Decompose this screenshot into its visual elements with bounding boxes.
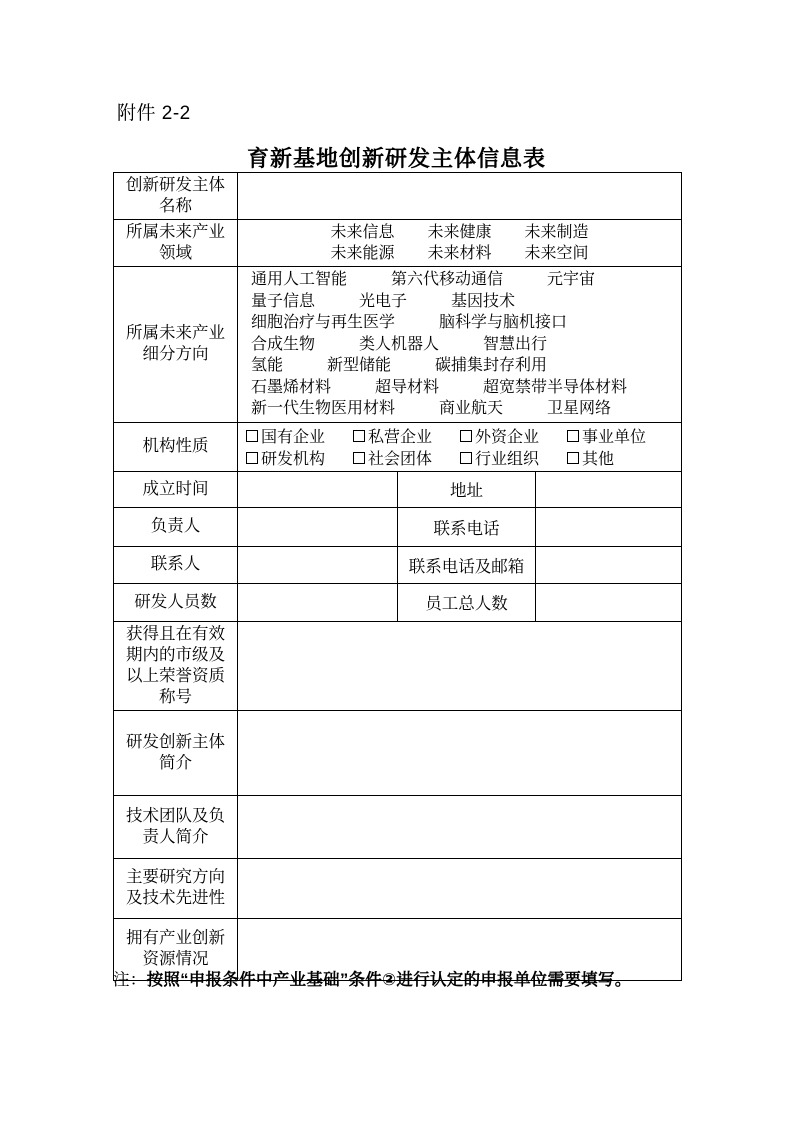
- table-row: 主要研究方向及技术先进性: [114, 858, 682, 918]
- checkbox-label: 行业组织: [475, 446, 539, 469]
- subdivision-line: 氢能 新型储能 碳捕集封存利用: [251, 355, 677, 377]
- subdivision-line: 新一代生物医用材料 商业航天 卫星网络: [251, 398, 677, 420]
- table-row: 研发创新主体简介: [114, 710, 682, 795]
- subdivision-item: 元宇宙: [547, 269, 595, 291]
- table-row: 研发人员数 员工总人数: [114, 583, 682, 621]
- rd-staff-count-input-cell[interactable]: [238, 583, 398, 621]
- subdivision-line: 量子信息 光电子 基因技术: [251, 291, 677, 313]
- subdivision-item: 量子信息: [251, 291, 315, 313]
- subdivision-item: 合成生物: [251, 334, 315, 356]
- subdivision-item: 碳捕集封存利用: [435, 355, 547, 377]
- contact-phone-label: 联系电话: [398, 507, 536, 546]
- checkbox-option[interactable]: 其他: [567, 446, 614, 469]
- team-profile-input-cell[interactable]: [238, 795, 682, 858]
- checkbox-option[interactable]: 事业单位: [567, 424, 646, 447]
- subdivision-item: 智慧出行: [483, 334, 547, 356]
- table-row: 联系人 联系电话及邮箱: [114, 546, 682, 583]
- checkbox-label: 事业单位: [582, 424, 646, 447]
- subdivision-item: 脑科学与脑机接口: [439, 312, 567, 334]
- checkbox-label: 私营企业: [368, 424, 432, 447]
- checkbox-option[interactable]: 国有企业: [246, 424, 325, 447]
- checkbox-option[interactable]: 社会团体: [353, 446, 432, 469]
- table-row: 创新研发主体名称: [114, 173, 682, 220]
- rd-staff-count-label: 研发人员数: [114, 583, 238, 621]
- research-direction-input-cell[interactable]: [238, 858, 682, 918]
- checkbox-icon[interactable]: [460, 452, 472, 464]
- checkbox-icon[interactable]: [246, 452, 258, 464]
- contact-phone-email-label: 联系电话及邮箱: [398, 546, 536, 583]
- industry-field-item: 未来空间: [525, 243, 589, 264]
- subdivision-item: 氢能: [251, 355, 283, 377]
- contact-phone-input-cell[interactable]: [536, 507, 682, 546]
- entity-profile-label: 研发创新主体简介: [114, 710, 238, 795]
- attachment-label: 附件 2-2: [117, 98, 191, 125]
- institution-nature-label: 机构性质: [114, 422, 238, 471]
- table-row: 机构性质 国有企业 私营企业 外资企业 事业单位 研发机构 社会团体 行业组织 …: [114, 422, 682, 471]
- checkbox-label: 研发机构: [261, 446, 325, 469]
- entity-name-input-cell[interactable]: [238, 173, 682, 220]
- contact-person-label: 联系人: [114, 546, 238, 583]
- document-page: 附件 2-2 育新基地创新研发主体信息表 创新研发主体名称 所属未来产业领域 未…: [0, 0, 793, 1122]
- checkbox-icon[interactable]: [353, 430, 365, 442]
- page-title: 育新基地创新研发主体信息表: [0, 142, 793, 173]
- subdivision-item: 类人机器人: [359, 334, 439, 356]
- table-row: 成立时间 地址: [114, 471, 682, 507]
- entity-profile-input-cell[interactable]: [238, 710, 682, 795]
- checkbox-label: 国有企业: [261, 424, 325, 447]
- industry-field-item: 未来信息: [330, 222, 394, 243]
- table-row: 技术团队及负责人简介: [114, 795, 682, 858]
- total-staff-count-input-cell[interactable]: [536, 583, 682, 621]
- industry-subdivision-label: 所属未来产业细分方向: [114, 267, 238, 423]
- checkbox-row: 国有企业 私营企业 外资企业 事业单位: [246, 425, 677, 447]
- subdivision-line: 细胞治疗与再生医学 脑科学与脑机接口: [251, 312, 677, 334]
- principal-label: 负责人: [114, 507, 238, 546]
- honors-input-cell[interactable]: [238, 621, 682, 710]
- subdivision-item: 光电子: [359, 291, 407, 313]
- checkbox-option[interactable]: 外资企业: [460, 424, 539, 447]
- subdivision-item: 石墨烯材料: [251, 377, 331, 399]
- table-row: 所属未来产业领域 未来信息 未来健康 未来制造 未来能源 未来材料 未来空间: [114, 220, 682, 267]
- table-row: 所属未来产业细分方向 通用人工智能 第六代移动通信 元宇宙 量子信息 光电子 基…: [114, 267, 682, 423]
- subdivision-item: 第六代移动通信: [391, 269, 503, 291]
- entity-name-label: 创新研发主体名称: [114, 173, 238, 220]
- subdivision-item: 细胞治疗与再生医学: [251, 312, 395, 334]
- checkbox-icon[interactable]: [246, 430, 258, 442]
- subdivision-item: 新型储能: [327, 355, 391, 377]
- research-direction-label: 主要研究方向及技术先进性: [114, 858, 238, 918]
- established-date-label: 成立时间: [114, 471, 238, 507]
- industry-field-item: 未来材料: [428, 243, 492, 264]
- footnote: 注：按照“申报条件中产业基础”条件②进行认定的申报单位需要填写。: [113, 966, 632, 990]
- contact-person-input-cell[interactable]: [238, 546, 398, 583]
- subdivision-item: 卫星网络: [547, 398, 611, 420]
- address-input-cell[interactable]: [536, 471, 682, 507]
- honors-label: 获得且在有效期内的市级及以上荣誉资质称号: [114, 621, 238, 710]
- subdivision-item: 新一代生物医用材料: [251, 398, 395, 420]
- info-table: 创新研发主体名称 所属未来产业领域 未来信息 未来健康 未来制造 未来能源 未来…: [113, 172, 682, 981]
- subdivision-line: 合成生物 类人机器人 智慧出行: [251, 334, 677, 356]
- subdivision-line: 通用人工智能 第六代移动通信 元宇宙: [251, 269, 677, 291]
- industry-field-line: 未来能源 未来材料 未来空间: [238, 243, 681, 264]
- subdivision-line: 石墨烯材料 超导材料 超宽禁带半导体材料: [251, 377, 677, 399]
- checkbox-icon[interactable]: [353, 452, 365, 464]
- industry-field-item: 未来制造: [525, 222, 589, 243]
- industry-field-options-cell: 未来信息 未来健康 未来制造 未来能源 未来材料 未来空间: [238, 220, 682, 267]
- subdivision-item: 超宽禁带半导体材料: [483, 377, 627, 399]
- industry-subdivision-options-cell: 通用人工智能 第六代移动通信 元宇宙 量子信息 光电子 基因技术 细胞治疗与再生…: [238, 267, 682, 423]
- established-date-input-cell[interactable]: [238, 471, 398, 507]
- principal-input-cell[interactable]: [238, 507, 398, 546]
- institution-nature-options-cell: 国有企业 私营企业 外资企业 事业单位 研发机构 社会团体 行业组织 其他: [238, 422, 682, 471]
- subdivision-item: 通用人工智能: [251, 269, 347, 291]
- subdivision-item: 基因技术: [451, 291, 515, 313]
- checkbox-row: 研发机构 社会团体 行业组织 其他: [246, 447, 677, 469]
- subdivision-item: 商业航天: [439, 398, 503, 420]
- contact-phone-email-input-cell[interactable]: [536, 546, 682, 583]
- checkbox-option[interactable]: 私营企业: [353, 424, 432, 447]
- industry-field-line: 未来信息 未来健康 未来制造: [238, 222, 681, 243]
- table-row: 获得且在有效期内的市级及以上荣誉资质称号: [114, 621, 682, 710]
- checkbox-icon[interactable]: [567, 430, 579, 442]
- checkbox-label: 其他: [582, 446, 614, 469]
- checkbox-option[interactable]: 研发机构: [246, 446, 325, 469]
- checkbox-icon[interactable]: [567, 452, 579, 464]
- industry-field-label: 所属未来产业领域: [114, 220, 238, 267]
- checkbox-option[interactable]: 行业组织: [460, 446, 539, 469]
- address-label: 地址: [398, 471, 536, 507]
- footnote-prefix: 注：: [113, 971, 147, 989]
- table-row: 负责人 联系电话: [114, 507, 682, 546]
- checkbox-label: 社会团体: [368, 446, 432, 469]
- subdivision-item: 超导材料: [375, 377, 439, 399]
- industry-field-item: 未来能源: [330, 243, 394, 264]
- checkbox-icon[interactable]: [460, 430, 472, 442]
- checkbox-label: 外资企业: [475, 424, 539, 447]
- team-profile-label: 技术团队及负责人简介: [114, 795, 238, 858]
- footnote-text: 按照“申报条件中产业基础”条件②进行认定的申报单位需要填写。: [147, 971, 632, 989]
- total-staff-count-label: 员工总人数: [398, 583, 536, 621]
- industry-field-item: 未来健康: [428, 222, 492, 243]
